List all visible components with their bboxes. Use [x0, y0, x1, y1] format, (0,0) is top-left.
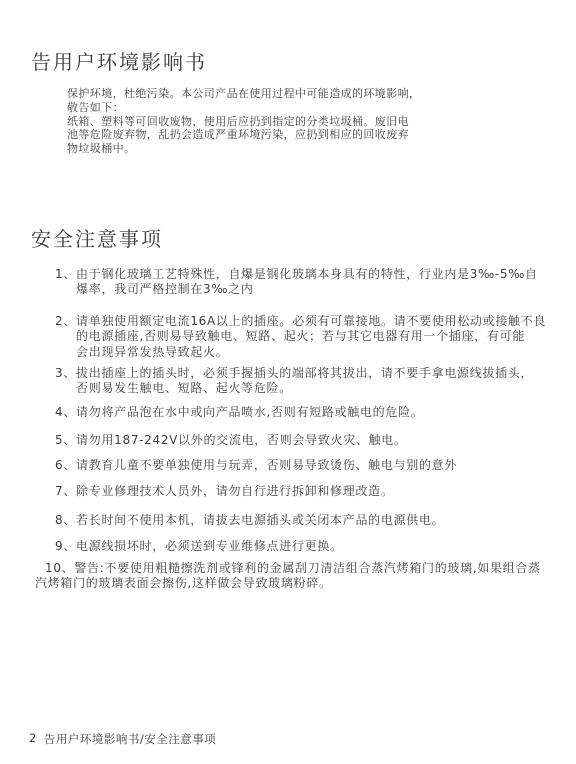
item-number: 8、: [55, 513, 76, 528]
section-title-environment: 告用户环境影响书: [31, 52, 207, 72]
item-text: 请勿用187-242V以外的交流电，否则会导致火灾、触电。: [76, 433, 565, 448]
item-text: 除专业修理技术人员外，请勿自行进行拆卸和修理改造。: [76, 484, 565, 499]
safety-item-3: 3、 拔出插座上的插头时，必须手握插头的端部将其拔出，请不要手拿电源线拔插头， …: [55, 366, 565, 397]
safety-item-2: 2、 请单独使用额定电流16A以上的插座。必须有可靠接地。请不要使用松动或接触不…: [55, 314, 565, 360]
item-text: 若长时间不使用本机，请拔去电源插头或关闭本产品的电源供电。: [76, 513, 565, 528]
safety-item-6: 6、 请教育儿童不要单独使用与玩弄，否则易导致烫伤、触电与别的意外: [55, 458, 565, 473]
item-text: 请教育儿童不要单独使用与玩弄，否则易导致烫伤、触电与别的意外: [76, 458, 565, 473]
item-number: 10、: [45, 561, 74, 575]
section-title-safety: 安全注意事项: [31, 229, 163, 249]
item-number: 5、: [55, 433, 76, 448]
environment-statement-body: 保护环境，杜绝污染。本公司产品在使用过程中可能造成的环境影响， 敬告如下： 纸箱…: [67, 87, 487, 156]
item-text: 警告:不要使用粗糙擦洗剂或锋利的金属刮刀清洁组合蒸汽烤箱门的玻璃,如果组合蒸 汽…: [35, 561, 541, 590]
item-text: 电源线损坏时，必须送到专业维修点进行更换。: [76, 539, 565, 554]
safety-item-7: 7、 除专业修理技术人员外，请勿自行进行拆卸和修理改造。: [55, 484, 565, 499]
safety-item-4: 4、 请勿将产品泡在水中或向产品喷水,否则有短路或触电的危险。: [55, 405, 565, 420]
item-number: 6、: [55, 458, 76, 473]
item-text: 请单独使用额定电流16A以上的插座。必须有可靠接地。请不要使用松动或接触不良 的…: [76, 314, 565, 360]
safety-item-10-warning: 10、警告:不要使用粗糙擦洗剂或锋利的金属刮刀清洁组合蒸汽烤箱门的玻璃,如果组合…: [35, 561, 563, 592]
footer-section-label: 告用户环境影响书/安全注意事项: [44, 731, 216, 747]
safety-item-9: 9、 电源线损坏时，必须送到专业维修点进行更换。: [55, 539, 565, 554]
item-text: 由于钢化玻璃工艺特殊性，自爆是钢化玻璃本身具有的特性，行业内是3‰-5‰自 爆率…: [76, 267, 565, 298]
item-number: 1、: [55, 267, 76, 298]
item-number: 2、: [55, 314, 76, 360]
item-text: 拔出插座上的插头时，必须手握插头的端部将其拔出，请不要手拿电源线拔插头， 否则易…: [76, 366, 565, 397]
item-text: 请勿将产品泡在水中或向产品喷水,否则有短路或触电的危险。: [76, 405, 565, 420]
safety-item-1: 1、 由于钢化玻璃工艺特殊性，自爆是钢化玻璃本身具有的特性，行业内是3‰-5‰自…: [55, 267, 565, 298]
page-number: 2: [29, 731, 37, 747]
page-footer: 2 告用户环境影响书/安全注意事项: [29, 731, 216, 747]
item-number: 7、: [55, 484, 76, 499]
item-number: 9、: [55, 539, 76, 554]
safety-item-5: 5、 请勿用187-242V以外的交流电，否则会导致火灾、触电。: [55, 433, 565, 448]
safety-item-8: 8、 若长时间不使用本机，请拔去电源插头或关闭本产品的电源供电。: [55, 513, 565, 528]
item-number: 4、: [55, 405, 76, 420]
item-number: 3、: [55, 366, 76, 397]
